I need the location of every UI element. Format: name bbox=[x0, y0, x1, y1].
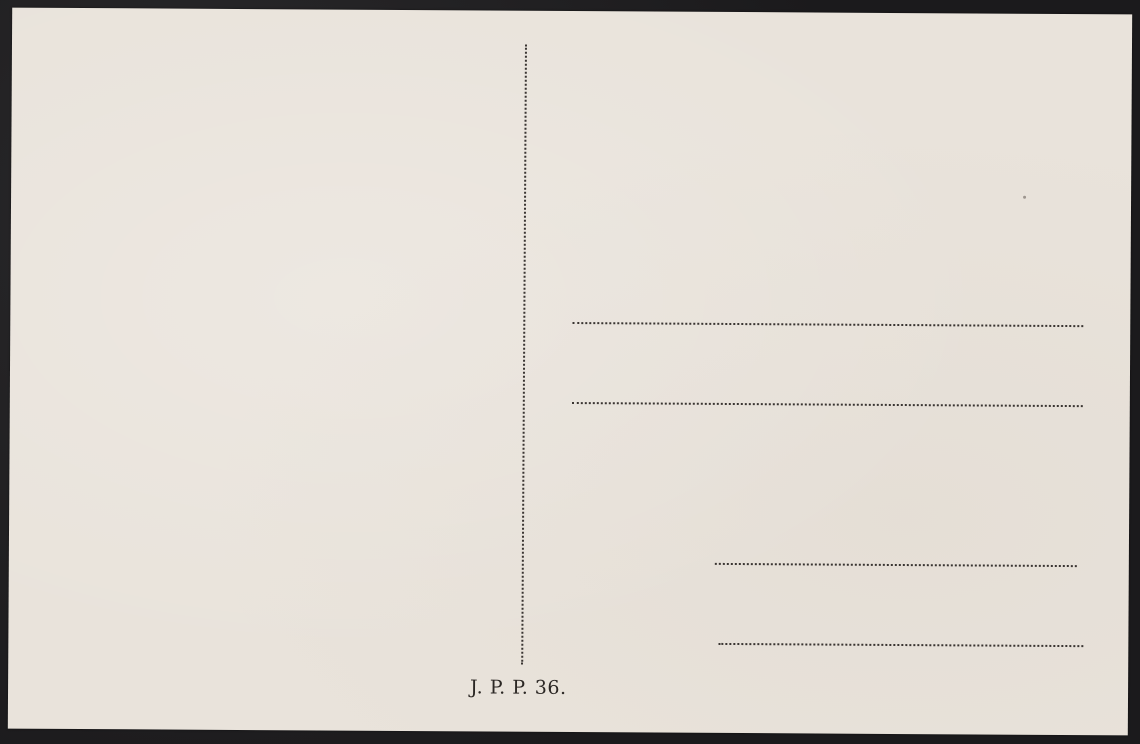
paper-speck bbox=[1023, 196, 1026, 199]
address-line-4 bbox=[718, 643, 1083, 647]
address-line-2 bbox=[572, 402, 1083, 407]
message-address-divider bbox=[521, 45, 527, 665]
address-line-1 bbox=[572, 322, 1083, 327]
address-line-3 bbox=[715, 563, 1077, 567]
postcard-back: J. P. P. 36. bbox=[8, 8, 1132, 736]
publisher-mark: J. P. P. 36. bbox=[470, 676, 567, 699]
